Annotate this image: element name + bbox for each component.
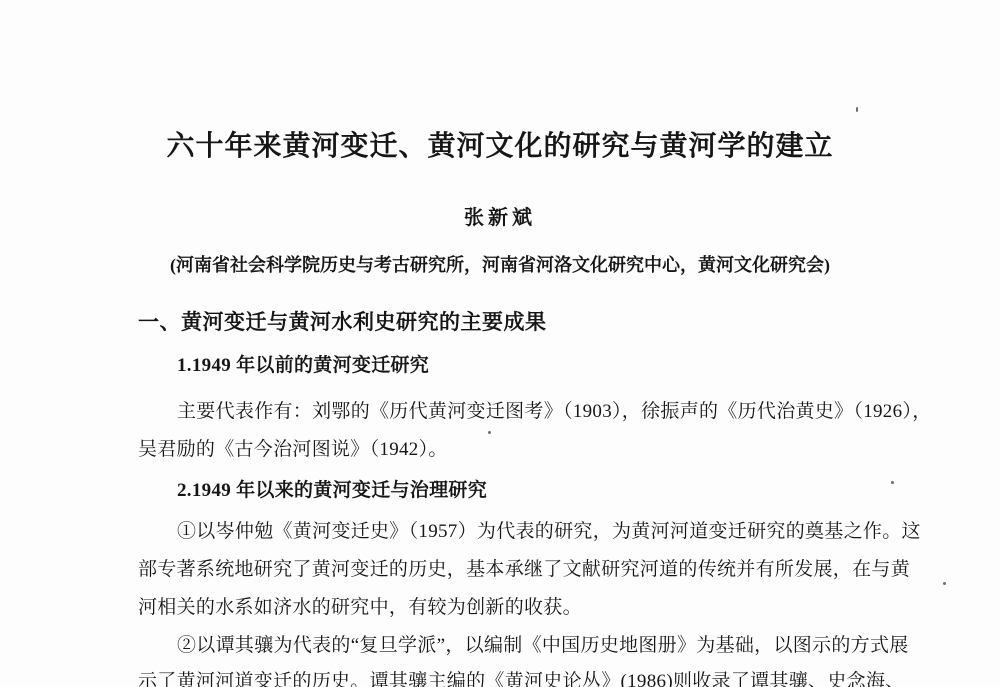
scanned-document-page: 六十年来黄河变迁、黄河文化的研究与黄河学的建立 张新斌 (河南省社会科学院历史与… bbox=[0, 0, 1000, 687]
author-affiliation: (河南省社会科学院历史与考古研究所，河南省河洛文化研究中心，黄河文化研究会) bbox=[0, 251, 1000, 277]
subsection-1-heading: 1.1949 年以前的黄河变迁研究 bbox=[177, 350, 429, 377]
scan-speck bbox=[943, 582, 946, 585]
scan-speck bbox=[488, 431, 491, 434]
scan-speck bbox=[856, 107, 858, 112]
paragraph-1-line-2: 吴君励的《古今治河图说》（1942）。 bbox=[138, 434, 448, 461]
paragraph-3-line-1: ②以谭其骧为代表的“复旦学派”，以编制《中国历史地图册》为基础，以图示的方式展 bbox=[177, 630, 909, 657]
subsection-2-heading: 2.1949 年以来的黄河变迁与治理研究 bbox=[177, 475, 487, 502]
paragraph-1-line-1: 主要代表作有：刘鄂的《历代黄河变迁图考》（1903），徐振声的《历代治黄史》（1… bbox=[177, 396, 932, 423]
author-name: 张新斌 bbox=[0, 201, 1000, 230]
paragraph-2-line-1: ①以岑仲勉《黄河变迁史》（1957）为代表的研究，为黄河河道变迁研究的奠基之作。… bbox=[177, 516, 921, 543]
section-heading: 一、黄河变迁与黄河水利史研究的主要成果 bbox=[138, 306, 547, 336]
paragraph-2-line-3: 河相关的水系如济水的研究中，有较为创新的收获。 bbox=[138, 592, 582, 619]
document-title: 六十年来黄河变迁、黄河文化的研究与黄河学的建立 bbox=[0, 124, 1000, 164]
paragraph-2-line-2: 部专著系统地研究了黄河变迁的历史，基本承继了文献研究河道的传统并有所发展，在与黄 bbox=[138, 554, 910, 581]
scan-speck bbox=[891, 481, 894, 484]
paragraph-3-line-2: 示了黄河河道变迁的历史。谭其骧主编的《黄河史论丛》(1986)则收录了谭其骧、史… bbox=[138, 666, 905, 687]
